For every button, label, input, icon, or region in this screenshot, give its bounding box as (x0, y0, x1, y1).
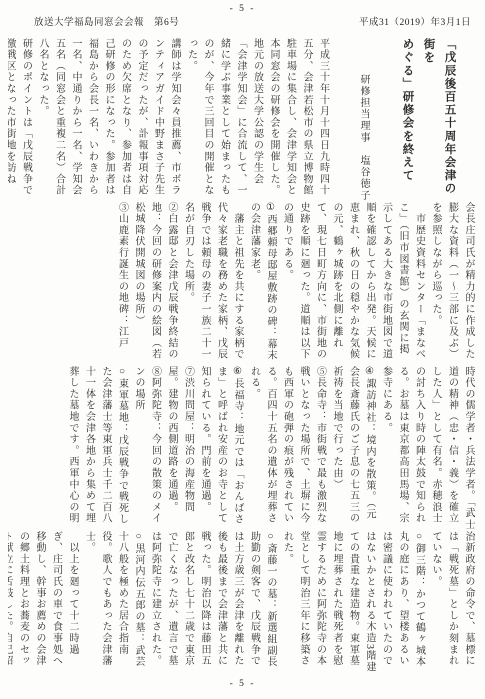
article: 「戊辰後百五十周年会津の街を めぐる」研修会を終えて 研修担当理事 塩谷徳子 平… (8, 38, 476, 667)
page-number-bottom: - 5 - (0, 679, 485, 689)
page-number-top: - 5 - (0, 4, 485, 14)
newsletter-page: 放送大学福島同窓会会報 第6号 - 5 - 平成31（2019）年3月1日 「戊… (0, 0, 485, 699)
text-band-1: 「戊辰後百五十周年会津の街を めぐる」研修会を終えて 研修担当理事 塩谷徳子 平… (8, 38, 476, 202)
article-title: 「戊辰後百五十周年会津の街を めぐる」研修会を終えて (397, 38, 460, 202)
text-band-3: 時代の儒学者・兵法学者。「武士道の精神（忠・信・義）を確立した人」として有名。赤… (8, 366, 476, 531)
text-band-4: 治新政府の命令で、墓標には「戦死墓」としか刻まれていない。 ○御三階：かつて鶴ヶ… (8, 531, 476, 673)
publication-title: 放送大学福島同窓会会報 第6号 (34, 14, 179, 28)
issue-date: 平成31（2019）年3月1日 (359, 14, 471, 28)
article-author: 研修担当理事 塩谷徳子 (351, 38, 375, 202)
text-band-2: 会長庄司氏が精力的に作成した膨大な資料（一〜三部に及ぶ）を参照しながら巡った。 … (8, 202, 476, 366)
article-body-band-1: 平成三十年十月十四日九時四十五分、会津若松市の県立博物館駐車場に集合し、会津学知… (8, 38, 331, 202)
